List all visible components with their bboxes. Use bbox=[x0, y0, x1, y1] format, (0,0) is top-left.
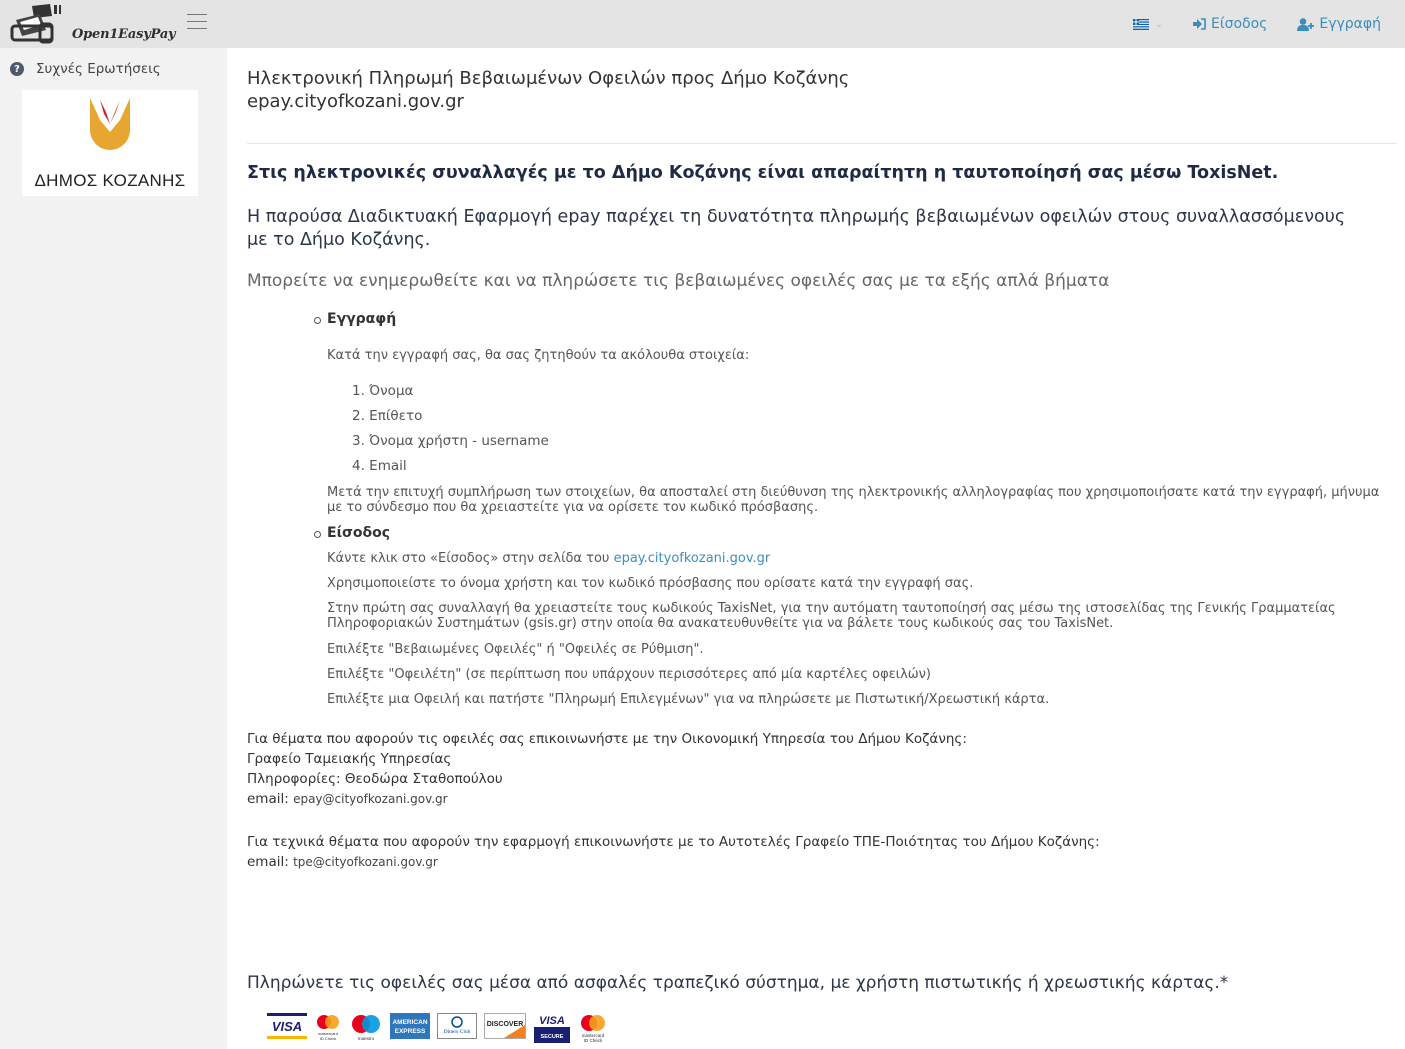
faq-label: Συχνές Ερωτήσεις bbox=[36, 61, 161, 77]
login-step-1-text: Κάντε κλικ στο «Είσοδος» στην σελίδα του bbox=[327, 551, 614, 566]
registration-field: 4. Email bbox=[352, 458, 407, 474]
circle-bullet-icon bbox=[314, 317, 321, 324]
login-step-4: Επιλέξτε "Βεβαιωμένες Οφειλές" ή "Οφειλέ… bbox=[327, 642, 704, 657]
register-label: Εγγραφή bbox=[1319, 16, 1381, 32]
finance-contact-email-row: email: epay@cityofkozani.gov.gr bbox=[247, 789, 967, 809]
login-step-3: Στην πρώτη σας συναλλαγή θα χρειαστείτε … bbox=[327, 601, 1397, 631]
question-circle-icon: ? bbox=[10, 62, 24, 76]
login-label: Είσοδος bbox=[1211, 16, 1267, 32]
visa-secure-icon: VISA SECURE bbox=[533, 1013, 571, 1043]
svg-text:SECURE: SECURE bbox=[541, 1034, 564, 1040]
login-step-6: Επιλέξτε μια Οφειλή και πατήστε "Πληρωμή… bbox=[327, 692, 1049, 707]
sidebar: ? Συχνές Ερωτήσεις ΔΗΜΟΣ ΚΟΖΑΝΗΣ bbox=[0, 48, 227, 1049]
login-step-1: Κάντε κλικ στο «Είσοδος» στην σελίδα του… bbox=[327, 551, 770, 566]
registration-field: 2. Επίθετο bbox=[352, 408, 422, 424]
login-step-2: Χρησιμοποιείστε το όνομα χρήστη και τον … bbox=[327, 576, 973, 591]
user-plus-icon bbox=[1297, 18, 1314, 31]
svg-text:VISA: VISA bbox=[272, 1019, 302, 1034]
svg-text:EXPRESS: EXPRESS bbox=[395, 1028, 426, 1035]
mastercard-id-check-icon: mastercard ID Check bbox=[578, 1013, 608, 1043]
municipality-logo: ΔΗΜΟΣ ΚΟΖΑΝΗΣ bbox=[22, 90, 198, 196]
finance-contact: Για θέματα που αφορούν τις οφειλές σας ε… bbox=[247, 729, 967, 809]
tech-contact-line1: Για τεχνικά θέματα που αφορούν την εφαρμ… bbox=[247, 832, 1100, 852]
mastercard-id-check-icon: mastercard ID Check bbox=[314, 1013, 342, 1041]
svg-text:VISA: VISA bbox=[539, 1015, 565, 1027]
svg-text:ID Check: ID Check bbox=[320, 1036, 336, 1041]
discover-icon: DISCOVER bbox=[484, 1013, 526, 1039]
nav-right: ⌄ Είσοδος Εγγραφή bbox=[1133, 0, 1381, 48]
svg-text:AMERICAN: AMERICAN bbox=[392, 1019, 427, 1026]
svg-text:DISCOVER: DISCOVER bbox=[487, 1021, 524, 1028]
page-title-line1: Ηλεκτρονική Πληρωμή Βεβαιωμένων Οφειλών … bbox=[247, 68, 849, 89]
maestro-icon: maestro bbox=[349, 1013, 383, 1041]
finance-contact-line1: Για θέματα που αφορούν τις οφειλές σας ε… bbox=[247, 729, 967, 749]
wallet-card-icon bbox=[10, 2, 66, 44]
sign-in-icon bbox=[1193, 18, 1206, 30]
menu-bar bbox=[187, 21, 207, 22]
menu-bar bbox=[187, 28, 207, 29]
language-selector[interactable]: ⌄ bbox=[1133, 19, 1163, 30]
taxisnet-notice: Στις ηλεκτρονικές συναλλαγές με το Δήμο … bbox=[247, 163, 1278, 183]
email-label: email: bbox=[247, 854, 293, 870]
tech-email[interactable]: tpe@cityofkozani.gov.gr bbox=[293, 855, 438, 869]
svg-text:Diners Club: Diners Club bbox=[444, 1029, 471, 1035]
app-logo[interactable]: Open1EasyPay bbox=[10, 2, 160, 46]
page-title: Ηλεκτρονική Πληρωμή Βεβαιωμένων Οφειλών … bbox=[247, 67, 849, 113]
finance-contact-line2: Γραφείο Ταμειακής Υπηρεσίας bbox=[247, 749, 967, 769]
login-step-5: Επιλέξτε "Οφειλέτη" (σε περίπτωση που υπ… bbox=[327, 667, 931, 682]
sidebar-item-faq[interactable]: ? Συχνές Ερωτήσεις bbox=[10, 61, 161, 77]
registration-after: Μετά την επιτυχή συμπλήρωση των στοιχείω… bbox=[327, 485, 1397, 515]
divider bbox=[247, 143, 1397, 144]
diners-club-icon: Diners Club bbox=[437, 1013, 477, 1039]
registration-field: 3. Όνομα χρήστη - username bbox=[352, 433, 549, 449]
kozani-emblem-icon bbox=[22, 90, 198, 160]
menu-bar bbox=[187, 14, 207, 15]
american-express-icon: AMERICAN EXPRESS bbox=[390, 1013, 430, 1039]
steps-lead: Μπορείτε να ενημερωθείτε και να πληρώσετ… bbox=[247, 271, 1109, 291]
email-label: email: bbox=[247, 791, 293, 807]
top-navbar: Open1EasyPay ⌄ Είσο bbox=[0, 0, 1405, 48]
chevron-down-icon: ⌄ bbox=[1155, 19, 1163, 30]
svg-text:ID Check: ID Check bbox=[584, 1038, 603, 1043]
epay-link[interactable]: epay.cityofkozani.gov.gr bbox=[614, 551, 771, 566]
registration-title: Εγγραφή bbox=[327, 311, 396, 327]
sidebar-toggle-button[interactable] bbox=[187, 14, 207, 30]
payment-note: Πληρώνετε τις οφειλές σας μέσα από ασφαλ… bbox=[247, 973, 1228, 993]
card-logos: VISA mastercard ID Check maestro AMERICA… bbox=[267, 1013, 615, 1043]
login-title: Είσοδος bbox=[327, 525, 390, 541]
finance-contact-line3: Πληροφορίες: Θεοδώρα Σταθοπούλου bbox=[247, 769, 967, 789]
app-name: Open1EasyPay bbox=[72, 27, 175, 42]
login-link[interactable]: Είσοδος bbox=[1193, 16, 1267, 32]
registration-section: Εγγραφή bbox=[327, 311, 396, 327]
login-section: Είσοδος bbox=[327, 525, 390, 541]
register-link[interactable]: Εγγραφή bbox=[1297, 16, 1381, 32]
tech-contact-email-row: email: tpe@cityofkozani.gov.gr bbox=[247, 852, 1100, 872]
finance-email[interactable]: epay@cityofkozani.gov.gr bbox=[293, 792, 448, 806]
tech-contact: Για τεχνικά θέματα που αφορούν την εφαρμ… bbox=[247, 832, 1100, 872]
intro-text: Η παρούσα Διαδικτυακή Εφαρμογή epay παρέ… bbox=[247, 206, 1347, 252]
svg-text:maestro: maestro bbox=[358, 1036, 375, 1041]
circle-bullet-icon bbox=[314, 531, 321, 538]
greek-flag-icon bbox=[1133, 19, 1149, 30]
visa-icon: VISA bbox=[267, 1013, 307, 1041]
municipality-name: ΔΗΜΟΣ ΚΟΖΑΝΗΣ bbox=[22, 171, 198, 191]
registration-field: 1. Όνομα bbox=[352, 383, 413, 399]
registration-lead: Κατά την εγγραφή σας, θα σας ζητηθούν τα… bbox=[327, 348, 749, 363]
page-title-domain: epay.cityofkozani.gov.gr bbox=[247, 91, 464, 112]
